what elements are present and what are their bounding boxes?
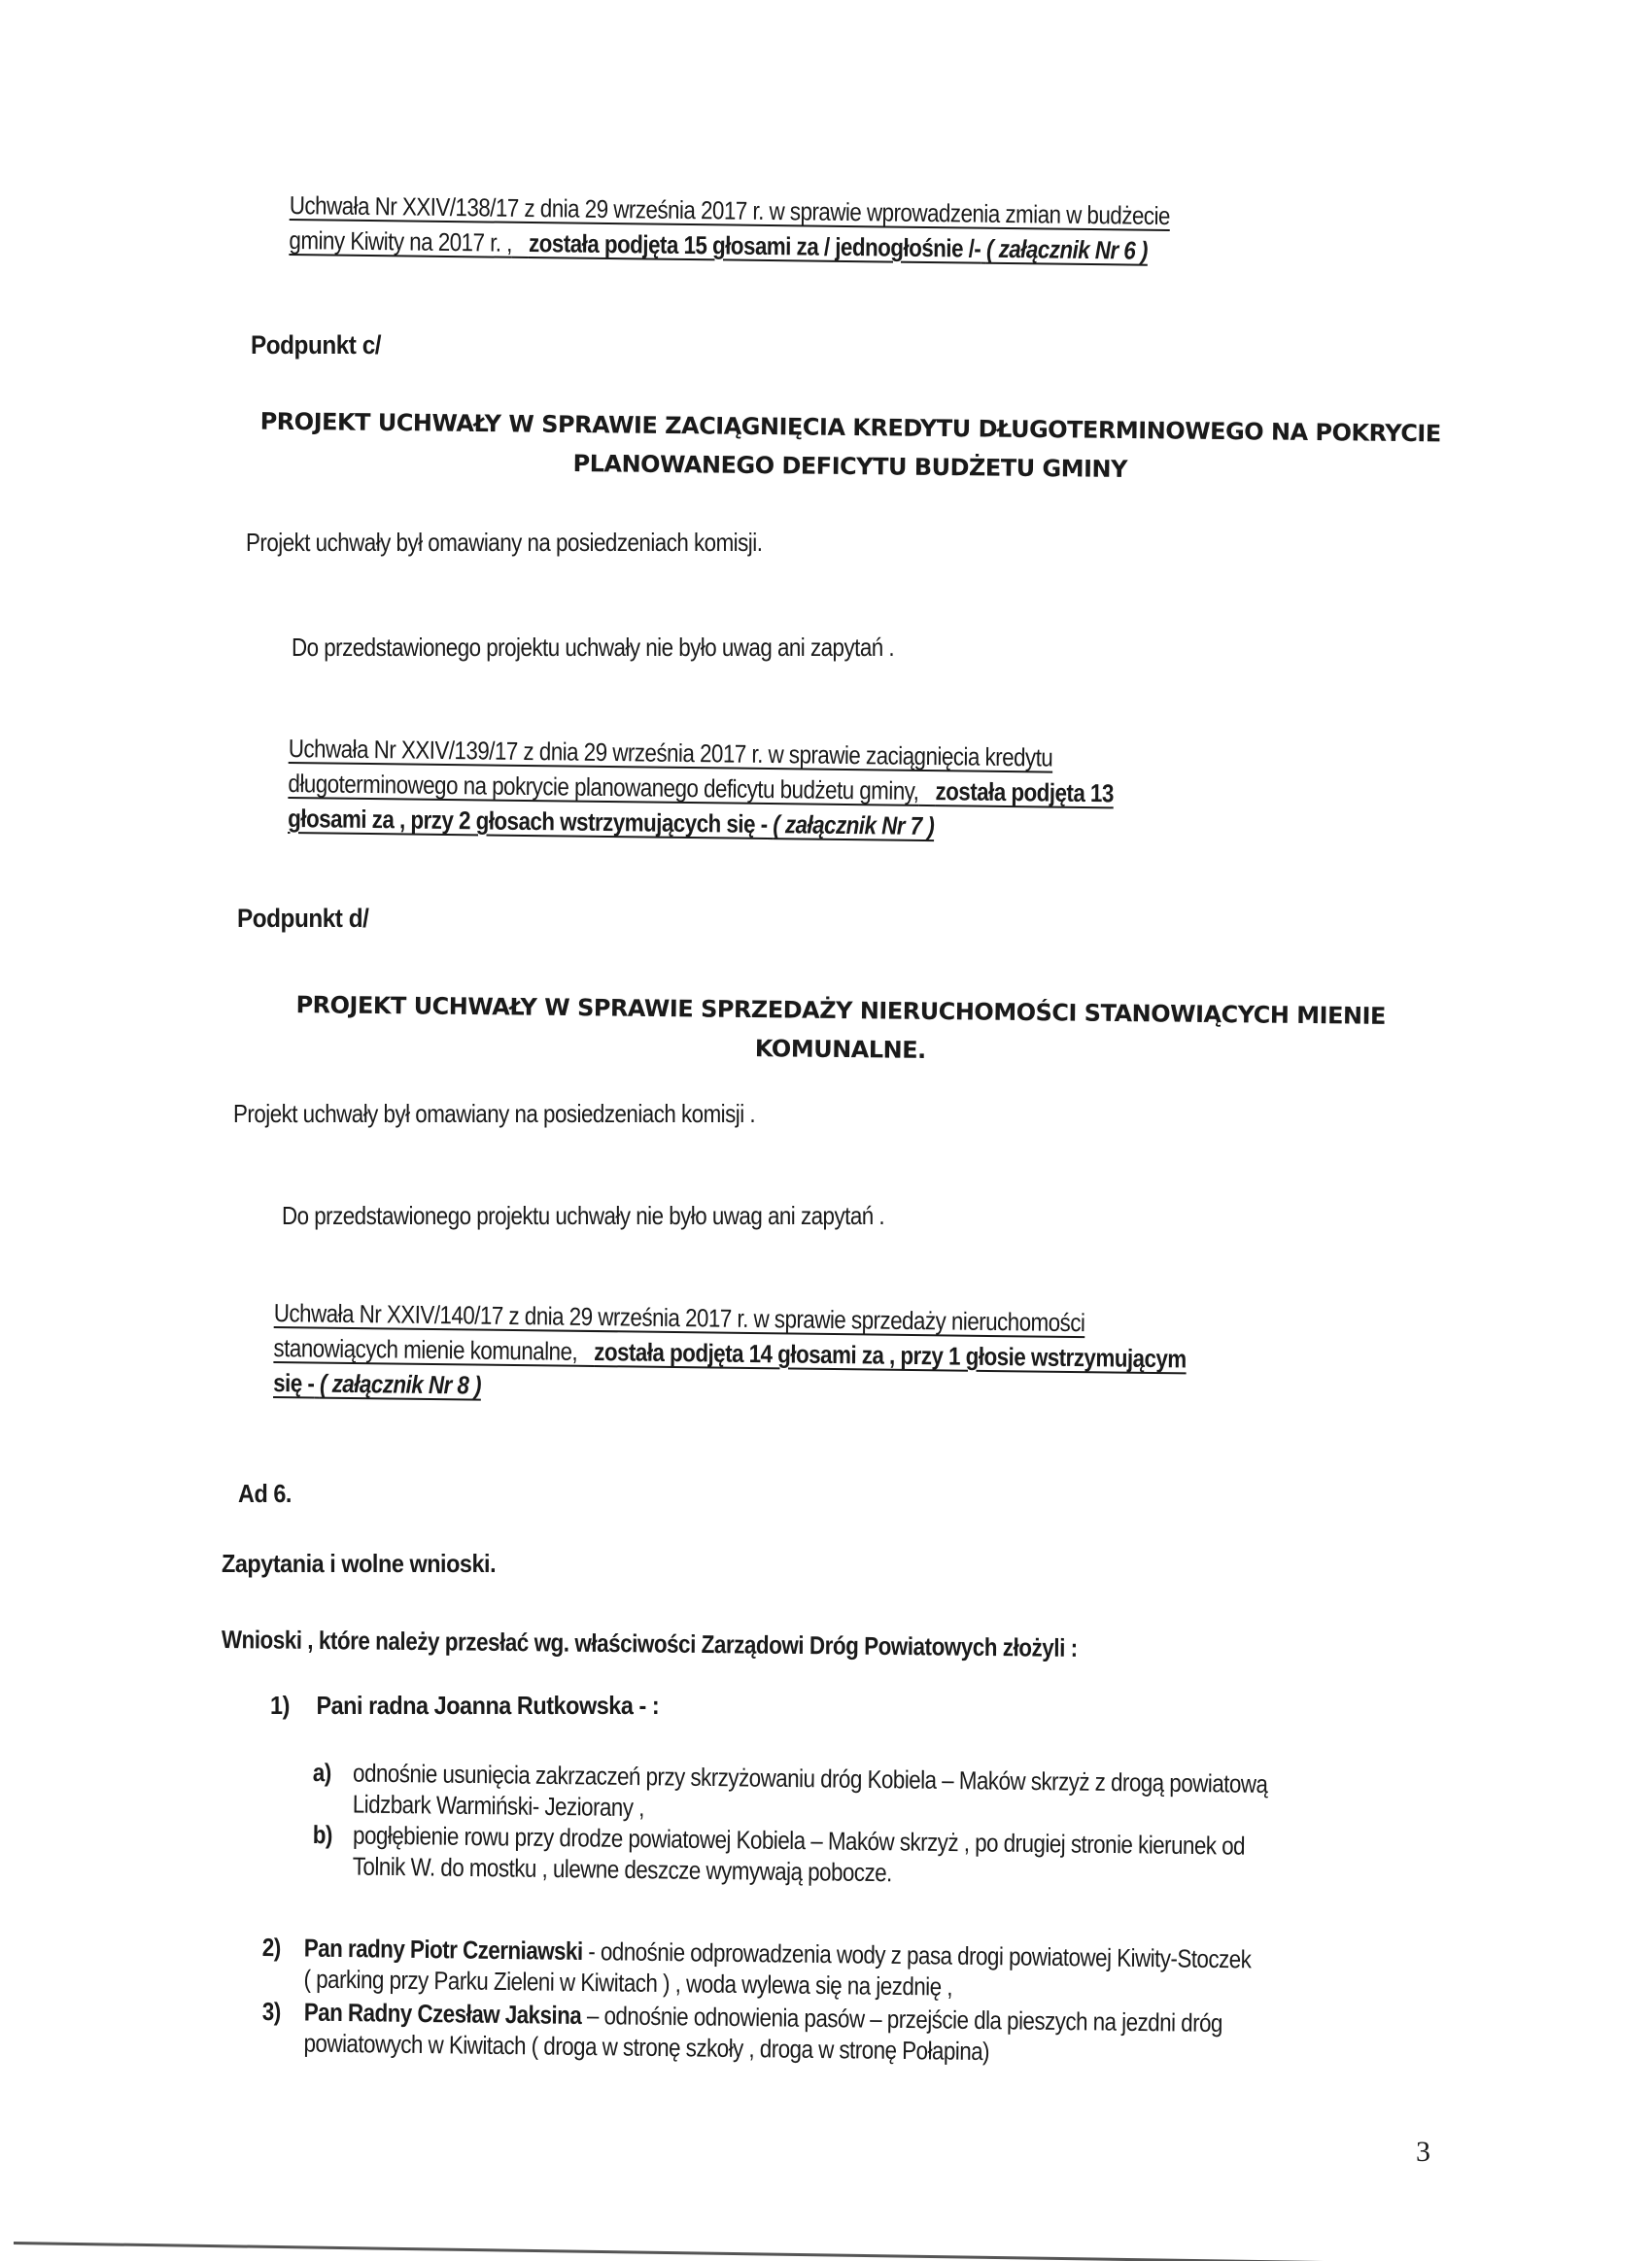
item-2-number: 2) — [262, 1932, 304, 1964]
resolution-138-paragraph: Uchwała Nr XXIV/138/17 z dnia 29 wrześni… — [289, 188, 1170, 268]
subpoint-c-discussed: Projekt uchwały był omawiany na posiedze… — [246, 525, 762, 560]
subpoint-c-title: PROJEKT UCHWAŁY W SPRAWIE ZACIĄGNIĘCIA K… — [243, 401, 1459, 492]
subpoint-c-heading: Podpunkt c/ — [251, 330, 381, 360]
resolution-140-result-1: została podjęta 14 głosami za , przy 1 g… — [594, 1337, 1187, 1373]
ad6-heading: Ad 6. — [238, 1479, 292, 1509]
ad6-intro: Wnioski , które należy przesłać wg. właś… — [222, 1625, 1078, 1663]
item-1b-letter: b) — [313, 1819, 354, 1851]
item-3-number: 3) — [262, 1996, 304, 2028]
ad6-subtitle: Zapytania i wolne wnioski. — [222, 1549, 496, 1579]
motion-item-1: 1) Pani radna Joanna Rutkowska - : — [270, 1691, 659, 1721]
page-number: 3 — [1416, 2136, 1430, 2169]
item-1a-letter: a) — [313, 1757, 354, 1789]
resolution-139-line2: długoterminowego na pokrycie planowanego… — [288, 769, 918, 805]
motion-item-1a: a) odnośnie usunięcia zakrzaczeń przy sk… — [312, 1757, 1267, 1831]
resolution-140-paragraph: Uchwała Nr XXIV/140/17 z dnia 29 wrześni… — [273, 1295, 1187, 1411]
resolution-139-result-1: została podjęta 13 — [935, 776, 1114, 807]
resolution-139-paragraph: Uchwała Nr XXIV/139/17 z dnia 29 wrześni… — [288, 731, 1114, 845]
resolution-140-result-2: się - — [273, 1368, 314, 1398]
resolution-138-result: została podjęta 15 głosami za / jednogło… — [529, 228, 981, 263]
subpoint-d-discussed: Projekt uchwały był omawiany na posiedze… — [233, 1096, 755, 1131]
resolution-138-line2: gminy Kiwity na 2017 r. , — [289, 225, 512, 257]
item-2-name: Pan radny Piotr Czerniawski — [304, 1934, 583, 1966]
subpoint-d-no-questions: Do przedstawionego projektu uchwały nie … — [282, 1198, 884, 1233]
subpoint-d-title: PROJEKT UCHWAŁY W SPRAWIE SPRZEDAŻY NIER… — [258, 985, 1425, 1076]
motion-item-2: 2) Pan radny Piotr Czerniawski - odnośni… — [261, 1932, 1251, 2005]
document-page: Uchwała Nr XXIV/138/17 z dnia 29 wrześni… — [0, 0, 1652, 2261]
item-1-number: 1) — [270, 1691, 310, 1721]
motion-item-1b: b) pogłębienie rowu przy drodze powiatow… — [312, 1819, 1245, 1893]
scan-edge-line — [14, 2242, 1394, 2261]
item-3-name: Pan Radny Czesław Jaksina — [304, 1998, 582, 2030]
resolution-139-result-2: głosami za , przy 2 głosach wstrzymujący… — [288, 804, 768, 839]
resolution-140-line2: stanowiących mienie komunalne, — [273, 1333, 577, 1366]
attachment-6-ref: ( załącznik Nr 6 ) — [986, 234, 1148, 265]
attachment-7-ref: ( załącznik Nr 7 ) — [773, 809, 934, 840]
attachment-8-ref: ( załącznik Nr 8 ) — [320, 1369, 481, 1400]
item-1-name: Pani radna Joanna Rutkowska - : — [316, 1691, 659, 1720]
subpoint-c-no-questions: Do przedstawionego projektu uchwały nie … — [292, 630, 894, 665]
subpoint-d-heading: Podpunkt d/ — [237, 904, 368, 934]
motion-item-3: 3) Pan Radny Czesław Jaksina – odnośnie … — [261, 1996, 1222, 2070]
